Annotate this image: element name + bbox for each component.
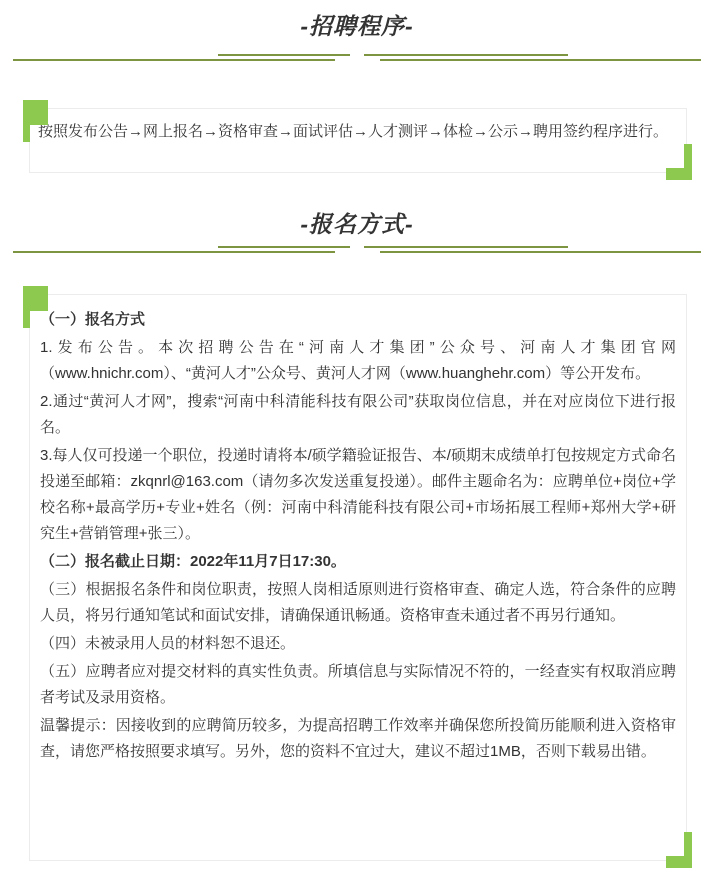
signup-paragraph-authenticity: （五）应聘者应对提交材料的真实性负责。所填信息与实际情况不符的，一经查实有权取消… [40, 659, 676, 711]
divider-line-right-bottom [380, 59, 701, 61]
corner-accent-top-left [23, 100, 48, 125]
signup-deadline: （二）报名截止日期：2022年11月7日17:30。 [40, 549, 676, 575]
signup-paragraph-search-position: 2.通过“黄河人才网”，搜索“河南中科清能科技有限公司”获取岗位信息，并在对应岗… [40, 389, 676, 441]
signup-method-heading: （一）报名方式 [40, 307, 676, 333]
corner-accent-top-left [23, 286, 48, 311]
section-title-recruitment-procedure: -招聘程序- [0, 8, 714, 41]
section-divider [0, 246, 714, 254]
divider-line-right-bottom [380, 251, 701, 253]
divider-line-left-bottom [13, 59, 335, 61]
signup-paragraph-announcement: 1.发布公告。本次招聘公告在“河南人才集团”公众号、河南人才集团官网（www.h… [40, 335, 676, 387]
divider-line-left-top [218, 54, 350, 56]
recruitment-procedure-text: 按照发布公告→网上报名→资格审查→面试评估→人才测评→体检→公示→聘用签约程序进… [38, 118, 678, 145]
corner-accent-bottom-right [666, 168, 692, 180]
divider-line-left-top [218, 246, 350, 248]
signup-method-box: （一）报名方式 1.发布公告。本次招聘公告在“河南人才集团”公众号、河南人才集团… [29, 294, 687, 861]
section-title-signup-method: -报名方式- [0, 206, 714, 239]
section-divider [0, 54, 714, 62]
divider-line-right-top [364, 246, 568, 248]
divider-line-left-bottom [13, 251, 335, 253]
signup-paragraph-email-submission: 3.每人仅可投递一个职位，投递时请将本/硕学籍验证报告、本/硕期末成绩单打包按规… [40, 443, 676, 547]
divider-line-right-top [364, 54, 568, 56]
signup-paragraph-friendly-reminder: 温馨提示：因接收到的应聘简历较多，为提高招聘工作效率并确保您所投简历能顺利进入资… [40, 713, 676, 765]
signup-paragraph-qualification-review: （三）根据报名条件和岗位职责，按照人岗相适原则进行资格审查、确定人选，符合条件的… [40, 577, 676, 629]
corner-accent-bottom-right [666, 856, 692, 868]
signup-paragraph-materials-no-return: （四）未被录用人员的材料恕不退还。 [40, 631, 676, 657]
recruitment-procedure-box: 按照发布公告→网上报名→资格审查→面试评估→人才测评→体检→公示→聘用签约程序进… [29, 108, 687, 173]
